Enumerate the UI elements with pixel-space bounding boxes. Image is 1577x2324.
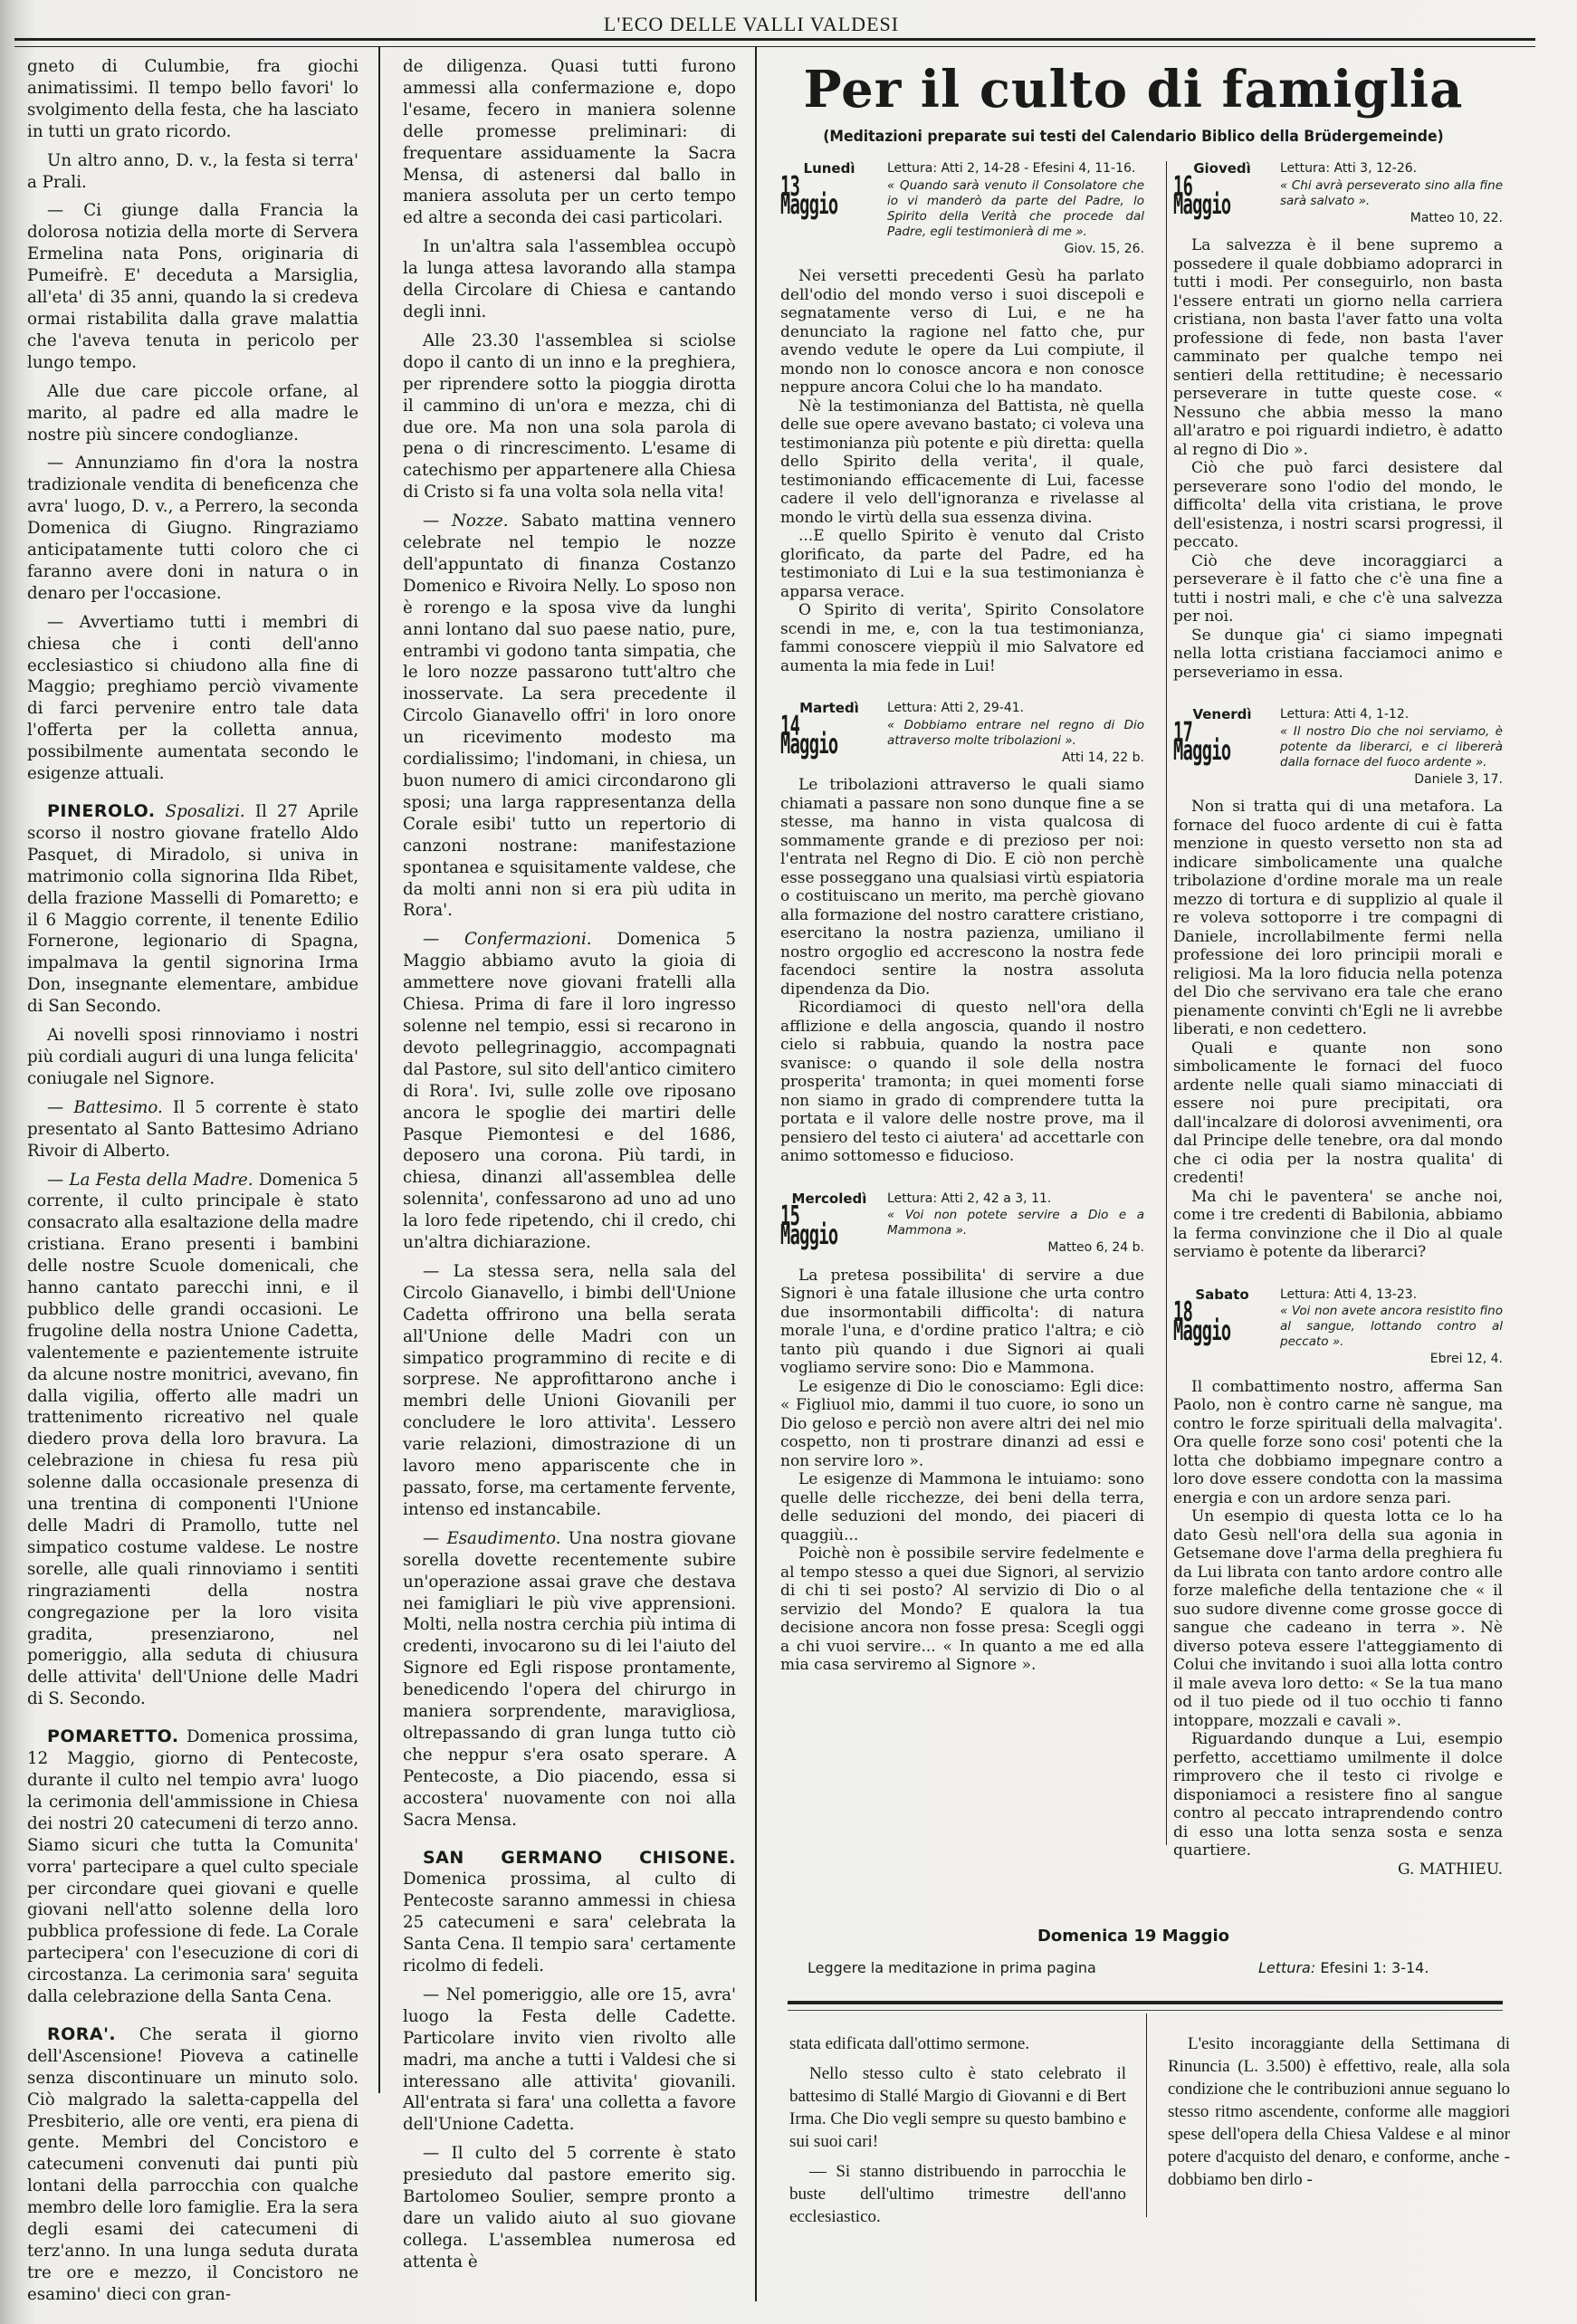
lead-italic: Sposalizi. — [166, 802, 245, 821]
feature-column-right: Giovedì 16 Maggio Lettura: Atti 3, 12-26… — [1173, 159, 1503, 1879]
paragraph: — Battesimo. Il 5 corrente è stato prese… — [27, 1097, 358, 1162]
paragraph: Quali e quante non sono simbolicamente l… — [1173, 1039, 1503, 1188]
paragraph: — Si stanno distribuendo in parrocchia l… — [789, 2160, 1126, 2228]
paragraph: — La stessa sera, nella sala del Circolo… — [403, 1261, 736, 1521]
paragraph: Un esempio di questa lotta ce lo ha dato… — [1173, 1507, 1503, 1730]
sunday-reading: Lettura: Efesini 1: 3-14. — [1258, 1959, 1429, 1976]
paragraph: Ma chi le paventera' se anche noi, come … — [1173, 1188, 1503, 1262]
reading-label: Lettura: — [1258, 1959, 1315, 1976]
verse-quote: « Chi avrà perseverato sino alla fine sa… — [1280, 178, 1503, 209]
masthead: L'ECO DELLE VALLI VALDESI — [380, 13, 1123, 36]
paragraph: La pretesa possibilita' di servire a due… — [780, 1267, 1144, 1378]
paragraph: gneto di Culumbie, fra giochi animatissi… — [27, 56, 358, 143]
paragraph: Poichè non è possibile servire fedelment… — [780, 1545, 1144, 1675]
sunday-note: Leggere la meditazione in prima pagina — [808, 1959, 1096, 1976]
paragraph: — Ci giunge dalla Francia la dolorosa no… — [27, 200, 358, 373]
paragraph: ...E quello Spirito è venuto dal Cristo … — [780, 527, 1144, 601]
paragraph: Riguardando dunque a Lui, esempio perfet… — [1173, 1730, 1503, 1860]
day-block-saturday: Sabato 18 Maggio Lettura: Atti 4, 13-23.… — [1173, 1286, 1503, 1879]
paragraph: — Il culto del 5 corrente è stato presie… — [403, 2143, 736, 2272]
section-heading: RORA'. — [47, 2024, 116, 2044]
author-signature: G. MATHIEU. — [1173, 1860, 1503, 1879]
top-rule — [14, 38, 1535, 47]
article-pinerolo: PINEROLO. Sposalizi. Il 27 Aprile scorso… — [27, 801, 358, 1018]
lead-italic: Confermazioni. — [464, 930, 592, 949]
paragraph: Ricordiamoci di questo nell'ora della af… — [780, 999, 1144, 1166]
paragraph: Non si tratta qui di una metafora. La fo… — [1173, 798, 1503, 1039]
paragraph: — Avvertiamo tutti i membri di chiesa ch… — [27, 612, 358, 785]
paragraph: Nello stesso culto è stato celebrato il … — [789, 2062, 1126, 2153]
verse-ref: Matteo 10, 22. — [1280, 209, 1503, 228]
paragraph: Ciò che deve incoraggiarci a perseverare… — [1173, 552, 1503, 626]
day-block-wednesday: Mercoledì 15 Maggio Lettura: Atti 2, 42 … — [780, 1190, 1144, 1675]
day-block-monday: Lunedì 13 Maggio Lettura: Atti 2, 14-28 … — [780, 159, 1144, 675]
paragraph: In un'altra sala l'assemblea occupò la l… — [403, 236, 736, 323]
day-block-tuesday: Martedì 14 Maggio Lettura: Atti 2, 29-41… — [780, 699, 1144, 1166]
day-name: Giovedì — [1193, 159, 1251, 178]
day-name: Lunedì — [804, 159, 855, 178]
feature-subtitle: (Meditazioni preparate sui testi del Cal… — [800, 128, 1467, 146]
day-date: 14 Maggio — [780, 718, 841, 755]
section-heading: PINEROLO. — [47, 801, 156, 821]
day-block-thursday: Giovedì 16 Maggio Lettura: Atti 3, 12-26… — [1173, 159, 1503, 682]
feature-column-left: Lunedì 13 Maggio Lettura: Atti 2, 14-28 … — [780, 159, 1144, 1675]
day-name: Mercoledì — [792, 1190, 867, 1209]
column-divider — [755, 47, 757, 2301]
paragraph: Le esigenze di Mammona le intuiamo: sono… — [780, 1470, 1144, 1545]
verse-quote: « Quando sarà venuto il Consolatore che … — [887, 178, 1144, 240]
paragraph: Alle due care piccole orfane, al marito,… — [27, 381, 358, 446]
paragraph: stata edificata dall'ottimo sermone. — [789, 2032, 1126, 2055]
article-text: Domenica 5 Maggio abbiamo avuto la gioia… — [403, 930, 736, 1252]
lead-italic: Battesimo. — [73, 1098, 162, 1117]
day-date: 16 Maggio — [1173, 178, 1234, 215]
article-pomaretto: POMARETTO. Domenica prossima, 12 Maggio,… — [27, 1726, 358, 2008]
paragraph: — Annunziamo fin d'ora la nostra tradizi… — [27, 453, 358, 604]
paragraph: Il combattimento nostro, afferma San Pao… — [1173, 1378, 1503, 1508]
paragraph: La salvezza è il bene supremo a posseder… — [1173, 236, 1503, 459]
bottom-left-column: stata edificata dall'ottimo sermone. Nel… — [789, 2032, 1126, 2228]
paragraph: — Nel pomeriggio, alle ore 15, avra' luo… — [403, 1984, 736, 2136]
paragraph: Se dunque gia' ci siamo impegnati nella … — [1173, 626, 1503, 683]
day-name: Martedì — [799, 699, 859, 718]
day-date: 13 Maggio — [780, 178, 841, 215]
paragraph: Le tribolazioni attraverso le quali siam… — [780, 776, 1144, 999]
day-name: Sabato — [1195, 1286, 1248, 1305]
paragraph: — Esaudimento. Una nostra giovane sorell… — [403, 1528, 736, 1831]
bottom-right-column: L'esito incoraggiante della Settimana di… — [1168, 2032, 1510, 2191]
reading-ref: Lettura: Atti 2, 14-28 - Efesini 4, 11-1… — [887, 159, 1144, 178]
bottom-rule — [788, 2001, 1503, 2011]
article-text: Che serata il giorno dell'Ascensione! Pi… — [27, 2025, 358, 2304]
paragraph: Le esigenze di Dio le conosciamo: Egli d… — [780, 1378, 1144, 1471]
verse-quote: « Voi non potete servire a Dio e a Mammo… — [887, 1208, 1144, 1239]
verse-quote: « Il nostro Dio che noi serviamo, è pote… — [1280, 724, 1503, 770]
verse-ref: Daniele 3, 17. — [1280, 770, 1503, 789]
column-1: gneto di Culumbie, fra giochi animatissi… — [27, 56, 358, 2306]
paragraph: Nè la testimonianza del Battista, nè que… — [780, 397, 1144, 528]
verse-quote: « Voi non avete ancora resistito fino al… — [1280, 1304, 1503, 1350]
verse-ref: Giov. 15, 26. — [887, 240, 1144, 259]
column-divider — [1146, 2013, 1147, 2217]
verse-ref: Atti 14, 22 b. — [887, 749, 1144, 768]
article-text: Una nostra giovane sorella dovette recen… — [403, 1529, 736, 1830]
verse-quote: « Dobbiamo entrare nel regno di Dio attr… — [887, 718, 1144, 749]
article-rora: RORA'. Che serata il giorno dell'Ascensi… — [27, 2024, 358, 2306]
paragraph: O Spirito di verita', Spirito Consolator… — [780, 601, 1144, 675]
lead-italic: La Festa della Madre. — [70, 1171, 253, 1190]
paragraph: — La Festa della Madre. Domenica 5 corre… — [27, 1170, 358, 1711]
sunday-title: Domenica 19 Maggio — [771, 1927, 1496, 1946]
article-text: Domenica prossima, al culto di Pentecost… — [403, 1870, 736, 1975]
section-heading: POMARETTO. — [47, 1726, 179, 1746]
feature-title: Per il culto di famiglia — [771, 60, 1496, 120]
paragraph: Un altro anno, D. v., la festa si terra'… — [27, 150, 358, 194]
reading-ref: Lettura: Atti 3, 12-26. — [1280, 159, 1503, 178]
article-text: Domenica 5 corrente, il culto principale… — [27, 1171, 358, 1709]
verse-ref: Matteo 6, 24 b. — [887, 1239, 1144, 1258]
paragraph: L'esito incoraggiante della Settimana di… — [1168, 2032, 1510, 2191]
lead-italic: Nozze. — [452, 512, 509, 531]
paragraph: Ai novelli sposi rinnoviamo i nostri più… — [27, 1025, 358, 1090]
lead-italic: Esaudimento. — [446, 1529, 560, 1548]
paragraph: Nei versetti precedenti Gesù ha parlato … — [780, 267, 1144, 397]
day-date: 15 Maggio — [780, 1208, 841, 1245]
column-2: de diligenza. Quasi tutti furono ammessi… — [403, 56, 736, 2273]
section-heading: SAN GERMANO CHISONE. — [423, 1848, 736, 1868]
day-date: 17 Maggio — [1173, 724, 1234, 761]
paragraph: Ciò che può farci desistere dal persever… — [1173, 459, 1503, 552]
newspaper-page: L'ECO DELLE VALLI VALDESI gneto di Culum… — [0, 0, 1577, 2324]
paragraph: Alle 23.30 l'assemblea si sciolse dopo i… — [403, 330, 736, 503]
article-text: Il 27 Aprile scorso il nostro giovane fr… — [27, 802, 358, 1016]
paragraph: de diligenza. Quasi tutti furono ammessi… — [403, 56, 736, 229]
day-date: 18 Maggio — [1173, 1304, 1234, 1341]
article-san-germano: SAN GERMANO CHISONE. Domenica prossima, … — [403, 1848, 736, 1977]
verse-ref: Ebrei 12, 4. — [1280, 1350, 1503, 1369]
article-text: Domenica prossima, 12 Maggio, giorno di … — [27, 1727, 358, 2006]
reading-ref: Lettura: Atti 4, 13-23. — [1280, 1286, 1503, 1305]
paragraph: — Nozze. Sabato mattina vennero celebrat… — [403, 511, 736, 922]
day-name: Venerdì — [1192, 705, 1251, 724]
day-block-friday: Venerdì 17 Maggio Lettura: Atti 4, 1-12.… — [1173, 705, 1503, 1262]
reading-ref: Efesini 1: 3-14. — [1320, 1959, 1429, 1976]
column-divider — [378, 47, 380, 2093]
reading-ref: Lettura: Atti 2, 29-41. — [887, 699, 1144, 718]
column-divider — [1166, 161, 1167, 1845]
reading-ref: Lettura: Atti 2, 42 a 3, 11. — [887, 1190, 1144, 1209]
article-text: Sabato mattina vennero celebrate nel tem… — [403, 512, 736, 920]
paragraph: — Confermazioni. Domenica 5 Maggio abbia… — [403, 929, 736, 1254]
reading-ref: Lettura: Atti 4, 1-12. — [1280, 705, 1503, 724]
